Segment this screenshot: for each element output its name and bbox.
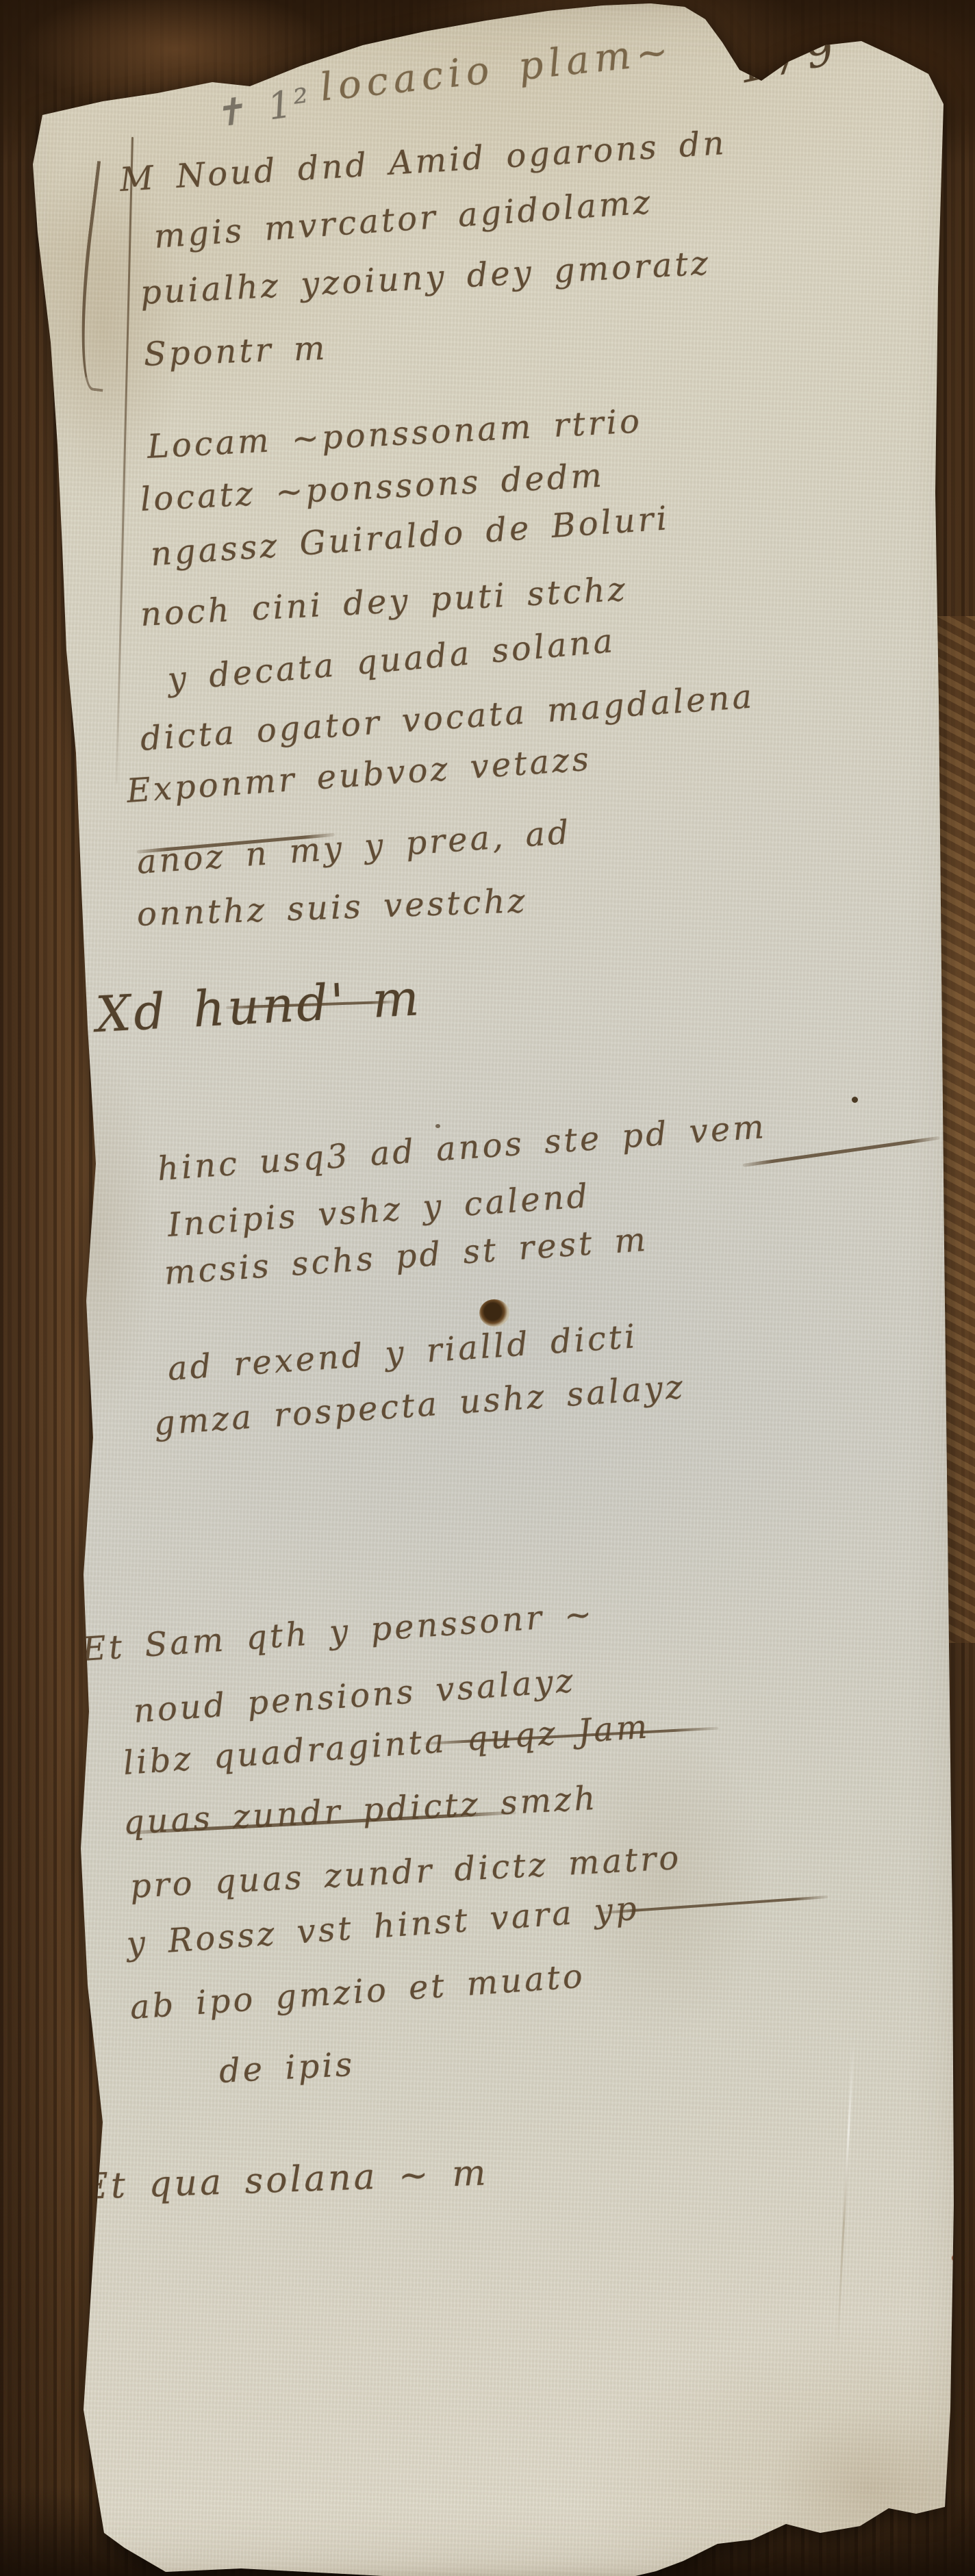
manuscript-paper-sheet: ✝ 1² locacio plam~ 179 M Noud dnd Amid o… <box>0 0 975 2576</box>
text-line: anoz n my y prea, ad <box>136 813 572 882</box>
text-line: Locam ~ponssonam rtrio <box>147 402 644 466</box>
tail-flourish <box>743 1136 940 1167</box>
text-line: y Rossz vst hinst vara yp <box>125 1889 640 1963</box>
text-line: noud pensions vsalayz <box>132 1661 577 1731</box>
paper-shadow-wrap: ✝ 1² locacio plam~ 179 M Noud dnd Amid o… <box>0 0 975 2576</box>
text-line: locatz ~ponssons dedm <box>140 457 606 519</box>
text-line: mcsis schs pd st rest m <box>163 1221 650 1292</box>
text-line: hinc usq3 ad anos ste pd vem <box>156 1108 768 1188</box>
initial-flourish <box>69 161 130 392</box>
text-line: quas zundr pdictz smzh <box>123 1779 599 1842</box>
overline-mark <box>425 1726 719 1744</box>
overline-mark <box>603 1896 828 1914</box>
text-line: dicta ogator vocata magdalena <box>139 677 756 758</box>
pencil-heading: ✝ 1² <box>211 79 315 136</box>
paper-stain <box>561 1725 767 2040</box>
red-speck <box>952 2255 957 2261</box>
text-line: ab ipo gmzio et muato <box>129 1957 586 2027</box>
text-line: puialhz yzoiuny dey gmoratz <box>140 244 712 312</box>
folio-number: 179 <box>733 23 845 94</box>
text-line: Spontr m <box>143 329 328 374</box>
text-line: mgis mvrcator agidolamz <box>153 183 654 256</box>
paper-stain <box>767 2410 972 2567</box>
text-line: ngassz Guiraldo de Boluri <box>149 499 671 574</box>
text-line: Et Sam qth y penssonr ~ <box>81 1595 596 1669</box>
underline-flourish <box>137 833 335 854</box>
text-line: Incipis vshz y calend <box>166 1177 592 1245</box>
section-marker: Xd hund' m <box>94 969 423 1043</box>
text-line: noch cini dey puti stchz <box>140 570 629 634</box>
paper-stain <box>34 1041 157 1424</box>
paper-stain <box>21 151 185 507</box>
text-line: onnthz suis vestchz <box>136 882 528 934</box>
text-line: Et qua solana ~ m <box>81 2152 489 2208</box>
ink-speck <box>435 1124 440 1128</box>
ink-speck <box>852 1097 858 1103</box>
text-line: pro quas zundr dictz matro <box>129 1839 683 1906</box>
ink-heading: locacio plam~ <box>318 29 676 110</box>
text-line: y decata quada solana <box>166 622 617 699</box>
text-line: libz quadraginta quqz Jam <box>122 1707 651 1783</box>
text-line: gmza rospecta ushz salayz <box>153 1368 687 1443</box>
text-line: M Noud dnd Amid ogarons dn <box>118 124 728 199</box>
crease-line <box>836 2040 854 2348</box>
text-line: ad rexend y rialld dicti <box>166 1317 639 1388</box>
manuscript-photo: ✝ 1² locacio plam~ 179 M Noud dnd Amid o… <box>0 0 975 2576</box>
text-line: Exponmr eubvoz vetazs <box>125 740 593 811</box>
wormhole <box>479 1299 509 1327</box>
margin-flourish-line <box>116 137 134 784</box>
text-line: de ipis <box>218 2045 356 2091</box>
overline-mark <box>226 1000 397 1009</box>
strikethrough-mark <box>127 1811 516 1835</box>
